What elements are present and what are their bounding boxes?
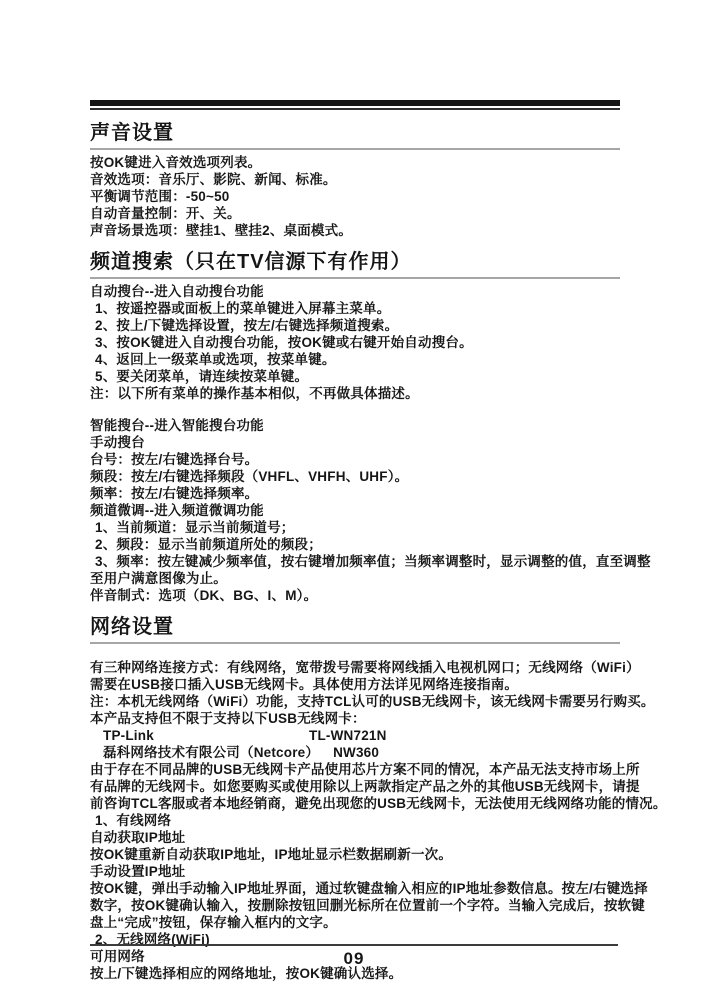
text-line: 按OK键重新自动获取IP地址，IP地址显示栏数据刷新一次。 [90, 846, 620, 863]
top-double-rule [90, 100, 620, 110]
text-line: 5、要关闭菜单，请连续按菜单键。 [90, 368, 620, 385]
text-line: 自动搜台--进入自动搜台功能 [90, 283, 620, 300]
text-line: 需要在USB接口插入USB无线网卡。具体使用方法详见网络连接指南。 [90, 676, 620, 693]
text-line: 1、按遥控器或面板上的菜单键进入屏幕主菜单。 [90, 300, 620, 317]
text-line: 有三种网络连接方式：有线网络，宽带拨号需要将网线插入电视机网口；无线网络（WiF… [90, 659, 620, 676]
text-line: 盘上“完成”按钮，保存输入框内的文字。 [90, 914, 620, 931]
text-line: 按OK键进入音效选项列表。 [90, 154, 620, 171]
text-line: 本产品支持但不限于支持以下USB无线网卡： [90, 710, 620, 727]
adapter-model: TL-WN721N [309, 728, 387, 743]
text-line: 智能搜台--进入智能搜台功能 [90, 417, 620, 434]
text-line: 数字，按OK键确认输入，按删除按钮回删光标所在位置前一个字符。当输入完成后，按软… [90, 897, 620, 914]
text-line: 手动搜台 [90, 434, 620, 451]
section-title-channel-search: 频道搜索（只在TV信源下有作用） [90, 250, 620, 279]
text-line: 3、按OK键进入自动搜台功能，按OK键或右键开始自动搜台。 [90, 334, 620, 351]
text-line: 2、频段：显示当前频道所处的频段； [90, 536, 620, 553]
text-line: TP-LinkTL-WN721N [90, 727, 620, 744]
section-body-network-settings: 有三种网络连接方式：有线网络，宽带拨号需要将网线插入电视机网口；无线网络（WiF… [90, 659, 620, 982]
text-line: 音效选项：音乐厅、影院、新闻、标准。 [90, 171, 620, 188]
text-line: 手动设置IP地址 [90, 863, 620, 880]
adapter-brand: 磊科网络技术有限公司（Netcore） [103, 744, 319, 761]
text-line: 由于存在不同品牌的USB无线网卡产品使用芯片方案不同的情况，本产品无法支持市场上… [90, 761, 620, 778]
text-line: 有品牌的无线网卡。如您要购买或使用除以上两款指定产品之外的其他USB无线网卡，请… [90, 778, 620, 795]
text-line: 注：本机无线网络（WiFi）功能，支持TCL认可的USB无线网卡，该无线网卡需要… [90, 693, 620, 710]
section-body-channel-search: 自动搜台--进入自动搜台功能1、按遥控器或面板上的菜单键进入屏幕主菜单。2、按上… [90, 283, 620, 604]
text-line: 台号：按左/右键选择台号。 [90, 451, 620, 468]
section-title-network-settings: 网络设置 [90, 615, 620, 644]
text-line: 2、按上/下键选择设置，按左/右键选择频道搜索。 [90, 317, 620, 334]
top-thin-rule [90, 108, 620, 110]
text-line: 频率：按左/右键选择频率。 [90, 485, 620, 502]
text-line: 4、返回上一级菜单或选项，按菜单键。 [90, 351, 620, 368]
section-network-settings: 网络设置 有三种网络连接方式：有线网络，宽带拨号需要将网线插入电视机网口；无线网… [90, 615, 620, 982]
text-line: 1、当前频道：显示当前频道号； [90, 519, 620, 536]
section-body-sound-settings: 按OK键进入音效选项列表。音效选项：音乐厅、影院、新闻、标准。平衡调节范围：-5… [90, 154, 620, 239]
page-footer: 09 [90, 944, 618, 969]
section-sound-settings: 声音设置 按OK键进入音效选项列表。音效选项：音乐厅、影院、新闻、标准。平衡调节… [90, 121, 620, 239]
text-line: 自动音量控制：开、关。 [90, 205, 620, 222]
page-number: 09 [90, 949, 618, 969]
text-line: 前咨询TCL客服或者本地经销商，避免出现您的USB无线网卡，无法使用无线网络功能… [90, 795, 620, 812]
text-line: 自动获取IP地址 [90, 829, 620, 846]
text-line: 磊科网络技术有限公司（Netcore）NW360 [90, 744, 620, 761]
text-line: 声音场景选项：壁挂1、壁挂2、桌面模式。 [90, 222, 620, 239]
text-line: 3、频率：按左键减少频率值，按右键增加频率值；当频率调整时，显示调整的值，直至调… [90, 553, 620, 570]
section-title-sound-settings: 声音设置 [90, 121, 620, 150]
text-line: 伴音制式：选项（DK、BG、I、M）。 [90, 587, 620, 604]
text-line: 频道微调--进入频道微调功能 [90, 502, 620, 519]
text-line: 至用户满意图像为止。 [90, 570, 620, 587]
adapter-brand: TP-Link [103, 727, 295, 744]
text-line: 注：以下所有菜单的操作基本相似，不再做具体描述。 [90, 385, 620, 402]
manual-page: 声音设置 按OK键进入音效选项列表。音效选项：音乐厅、影院、新闻、标准。平衡调节… [0, 0, 701, 994]
text-line: 频段：按左/右键选择频段（VHFL、VHFH、UHF）。 [90, 468, 620, 485]
section-channel-search: 频道搜索（只在TV信源下有作用） 自动搜台--进入自动搜台功能1、按遥控器或面板… [90, 250, 620, 604]
adapter-model: NW360 [333, 745, 379, 760]
text-line: 平衡调节范围：-50~50 [90, 188, 620, 205]
text-line: 1、有线网络 [90, 812, 620, 829]
page-content: 声音设置 按OK键进入音效选项列表。音效选项：音乐厅、影院、新闻、标准。平衡调节… [90, 100, 620, 982]
text-line: 按OK键，弹出手动输入IP地址界面，通过软键盘输入相应的IP地址参数信息。按左/… [90, 880, 620, 897]
